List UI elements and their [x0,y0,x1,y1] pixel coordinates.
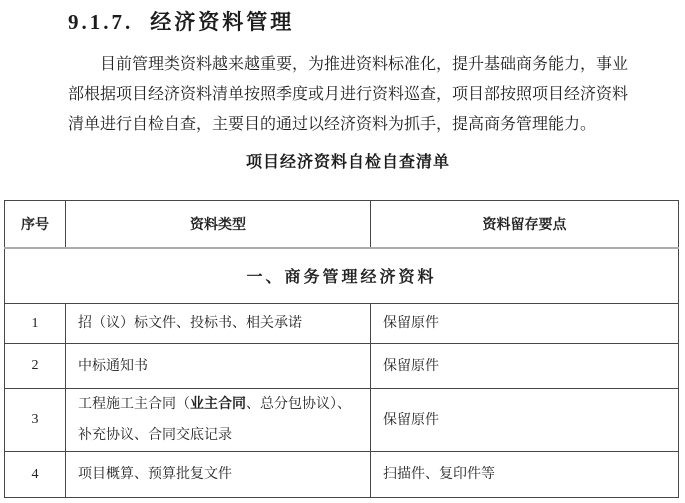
paragraph-line: 目前管理类资料越来越重要，为推进资料标准化，提升基础商务能力，事业 [68,50,628,80]
row-number-cell: 2 [5,344,66,389]
table-header-row: 序号 资料类型 资料留存要点 [5,201,679,248]
table-section-row: 一、商务管理经济资料 [5,248,679,304]
section-heading: 9.1.7.经济资料管理 [0,0,685,35]
doc-type-cell: 中标通知书 [66,344,371,389]
document-page: 9.1.7.经济资料管理 目前管理类资料越来越重要，为推进资料标准化，提升基础商… [0,0,685,503]
row-number-cell: 3 [5,389,66,452]
retention-cell: 保留原件 [371,344,679,389]
retention-cell: 保留原件 [371,304,679,344]
intro-paragraph: 目前管理类资料越来越重要，为推进资料标准化，提升基础商务能力，事业 部根据项目经… [68,50,628,140]
table-row: 3 工程施工主合同（业主合同、总分包协议）、补充协议、合同交底记录 保留原件 [5,389,679,452]
doc-type-cell: 项目概算、预算批复文件 [66,452,371,498]
section-number: 9.1.7. [68,10,133,34]
doc-type-text: 工程施工主合同（ [78,397,190,412]
retention-cell: 保留原件 [371,389,679,452]
doc-type-cell: 招（议）标文件、投标书、相关承诺 [66,304,371,344]
header-type: 资料类型 [66,201,371,248]
section-title: 经济资料管理 [150,10,294,34]
table-row: 2 中标通知书 保留原件 [5,344,679,389]
paragraph-line: 部根据项目经济资料清单按照季度或月进行资料巡查，项目部按照项目经济资料 [68,80,628,110]
section-header-cell: 一、商务管理经济资料 [5,248,679,304]
doc-type-text-bold: 业主合同 [190,397,246,412]
header-no: 序号 [5,201,66,248]
doc-type-cell: 工程施工主合同（业主合同、总分包协议）、补充协议、合同交底记录 [66,389,371,452]
retention-cell: 扫描件、复印件等 [371,452,679,498]
checklist-table: 序号 资料类型 资料留存要点 一、商务管理经济资料 1 招（议）标文件、投标书、… [4,200,679,498]
table-row: 1 招（议）标文件、投标书、相关承诺 保留原件 [5,304,679,344]
paragraph-line: 清单进行自检自查，主要目的通过以经济资料为抓手，提高商务管理能力。 [68,110,628,140]
row-number-cell: 4 [5,452,66,498]
header-note: 资料留存要点 [371,201,679,248]
row-number-cell: 1 [5,304,66,344]
table-title: 项目经济资料自检自查清单 [68,148,628,178]
table-row: 4 项目概算、预算批复文件 扫描件、复印件等 [5,452,679,498]
